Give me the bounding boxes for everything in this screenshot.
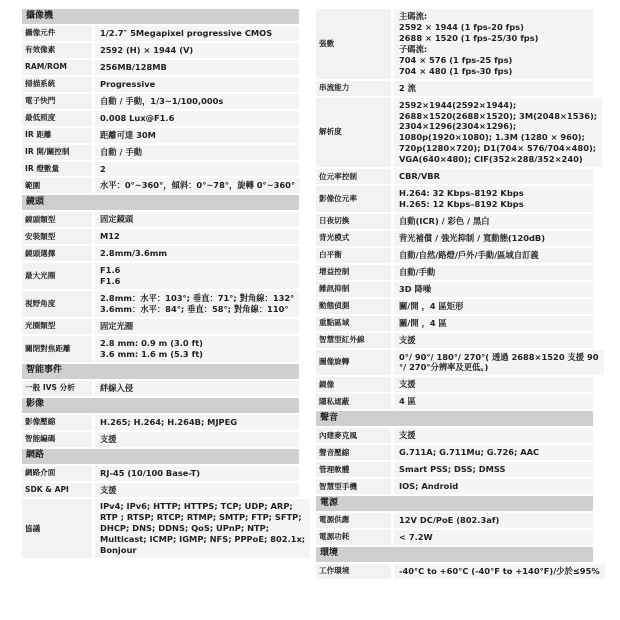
spec-value: 絆線入侵	[95, 381, 299, 396]
spec-value: IPv4; IPv6; HTTP; HTTPS; TCP; UDP; ARP;R…	[95, 499, 310, 558]
spec-value-line: F1.6	[100, 276, 294, 287]
spec-label: 關閉對焦距離	[22, 336, 92, 362]
spec-value-line: 絆線入侵	[100, 383, 294, 394]
spec-row: 鏡頭類型固定鏡頭	[22, 212, 299, 227]
spec-value-line: 關/開 ，4 區	[399, 318, 588, 329]
spec-value: 0.008 Lux@F1.6	[95, 111, 299, 126]
spec-row: 串流能力2 流	[316, 81, 593, 96]
spec-label: 電源供應	[316, 513, 391, 528]
spec-row: 電源功耗< 7.2W	[316, 530, 593, 545]
spec-value: 2592 (H) × 1944 (V)	[95, 43, 299, 58]
spec-label: 視野角度	[22, 291, 92, 317]
spec-value: 2.8mm/3.6mm	[95, 246, 299, 261]
spec-value-line: 720p(1280×720); D1(704× 576/704×480);	[399, 143, 597, 154]
spec-value: 自動 / 手動，1/3~1/100,000s	[95, 94, 299, 109]
spec-value-line: 704 × 576 (1 fps-25 fps)	[399, 55, 588, 66]
spec-value: 2	[95, 162, 299, 177]
spec-value-line: 背光補償 / 強光抑制 / 寬動態(120dB)	[399, 233, 588, 244]
spec-label: 雜訊抑制	[316, 282, 391, 297]
spec-row: 鏡頭選擇2.8mm/3.6mm	[22, 246, 299, 261]
spec-value-line: 自動 / 手動	[100, 147, 294, 158]
spec-value-line: 2.8mm：水平：103°; 垂直：71°; 對角線：132°	[100, 293, 294, 304]
spec-value: H.265; H.264; H.264B; MJPEG	[95, 415, 299, 430]
section-header: 鏡頭	[22, 195, 299, 210]
spec-value-line: Multicast; ICMP; IGMP; NFS; PPPoE; 802.1…	[100, 534, 305, 545]
spec-row: 協議IPv4; IPv6; HTTP; HTTPS; TCP; UDP; ARP…	[22, 499, 299, 558]
spec-value: 2 流	[394, 81, 593, 96]
spec-value: 距離可達 30M	[95, 128, 299, 143]
spec-label: 日夜切換	[316, 214, 391, 229]
spec-value-line: CBR/VBR	[399, 171, 588, 182]
spec-value: 自動/自然/路燈/戶外/手動/區域自訂義	[394, 248, 593, 263]
spec-label: 最低照度	[22, 111, 92, 126]
spec-label: 協議	[22, 499, 92, 558]
spec-value-line: M12	[100, 231, 294, 242]
section-header: 攝像機	[22, 9, 299, 24]
spec-value-line: 2 流	[399, 83, 588, 94]
spec-value-line: 0.008 Lux@F1.6	[100, 113, 294, 124]
spec-row: 安裝類型M12	[22, 229, 299, 244]
spec-value: 主碼流:2592 × 1944 (1 fps-20 fps)2688 × 152…	[394, 9, 593, 79]
spec-label: 安裝類型	[22, 229, 92, 244]
spec-value: 4 區	[394, 394, 593, 409]
spec-label: 背光模式	[316, 231, 391, 246]
spec-value: 3D 降噪	[394, 282, 593, 297]
spec-value: 關/開 ，4 區	[394, 316, 593, 331]
spec-value-line: RTP ; RTSP; RTCP; RTMP; SMTP; FTP; SFTP;	[100, 512, 305, 523]
spec-value: 自動 / 手動	[95, 145, 299, 160]
spec-value-line: Smart PSS; DSS; DMSS	[399, 464, 588, 475]
spec-row: 電子快門自動 / 手動，1/3~1/100,000s	[22, 94, 299, 109]
spec-value: 1/2.7″ 5Megapixel progressive CMOS	[95, 26, 299, 41]
spec-label: 智能編碼	[22, 432, 92, 447]
spec-value-line: 關/開 ，4 區矩形	[399, 301, 588, 312]
spec-value: 支援	[394, 428, 593, 443]
spec-label: 內建麥克風	[316, 428, 391, 443]
spec-row: 攝像元件1/2.7″ 5Megapixel progressive CMOS	[22, 26, 299, 41]
spec-row: 最低照度0.008 Lux@F1.6	[22, 111, 299, 126]
spec-row: 影像壓縮H.265; H.264; H.264B; MJPEG	[22, 415, 299, 430]
spec-label: 張數	[316, 9, 391, 79]
spec-label: 範圍	[22, 178, 92, 193]
spec-value: G.711A; G.711Mu; G.726; AAC	[394, 445, 593, 460]
spec-label: 網路介面	[22, 466, 92, 481]
spec-row: 內建麥克風支援	[316, 428, 593, 443]
spec-row: 範圍水平：0°~360°，傾斜：0°~78°，旋轉 0°~360°	[22, 178, 299, 193]
spec-value-line: -40°C to +60°C (-40°F to +140°F)/少於≤95%	[399, 566, 600, 577]
spec-label: IR 開/關控制	[22, 145, 92, 160]
spec-label: 管理軟體	[316, 462, 391, 477]
spec-row: 增益控制自動/手動	[316, 265, 593, 280]
spec-row: IR 燈數量2	[22, 162, 299, 177]
spec-row: 隱私遮蔽4 區	[316, 394, 593, 409]
spec-value: RJ-45 (10/100 Base-T)	[95, 466, 299, 481]
spec-value-line: 2592×1944(2592×1944);	[399, 100, 597, 111]
section-header: 網路	[22, 449, 299, 464]
spec-row: 有效像素2592 (H) × 1944 (V)	[22, 43, 299, 58]
spec-value-line: 自動 / 手動，1/3~1/100,000s	[100, 96, 294, 107]
spec-label: 圖像旋轉	[316, 350, 391, 376]
spec-value: H.264: 32 Kbps–8192 KbpsH.265: 12 Kbps–8…	[394, 186, 593, 212]
spec-value-line: 704 × 480 (1 fps-30 fps)	[399, 66, 588, 77]
spec-value-line: 2.8 mm: 0.9 m (3.0 ft)	[100, 338, 294, 349]
spec-label: RAM/ROM	[22, 60, 92, 75]
spec-row: 位元率控制CBR/VBR	[316, 169, 593, 184]
spec-value-line: 自動(ICR) / 彩色 / 黑白	[399, 216, 588, 227]
section-header: 智能事件	[22, 364, 299, 379]
spec-label: 攝像元件	[22, 26, 92, 41]
spec-label: 工作環境	[316, 564, 391, 579]
spec-label: 聲音壓縮	[316, 445, 391, 460]
spec-value: 2592×1944(2592×1944);2688×1520(2688×1520…	[394, 98, 602, 168]
section-header: 環境	[316, 547, 593, 562]
spec-row: 光圈類型固定光圈	[22, 319, 299, 334]
spec-value-line: 2688 × 1520 (1 fps-25/30 fps)	[399, 33, 588, 44]
spec-value: 支援	[394, 377, 593, 392]
section-header: 聲音	[316, 411, 593, 426]
spec-row: 鏡像支援	[316, 377, 593, 392]
spec-value: Smart PSS; DSS; DMSS	[394, 462, 593, 477]
spec-value: -40°C to +60°C (-40°F to +140°F)/少於≤95%	[394, 564, 605, 579]
spec-row: 最大光圈F1.6F1.6	[22, 263, 299, 289]
spec-row: 圖像旋轉0°/ 90°/ 180°/ 270°( 透過 2688×1520 支援…	[316, 350, 593, 376]
spec-label: 鏡頭類型	[22, 212, 92, 227]
spec-value: 256MB/128MB	[95, 60, 299, 75]
spec-value-line: 2.8mm/3.6mm	[100, 248, 294, 259]
spec-row: 背光模式背光補償 / 強光抑制 / 寬動態(120dB)	[316, 231, 593, 246]
spec-label: 位元率控制	[316, 169, 391, 184]
spec-value: 0°/ 90°/ 180°/ 270°( 透過 2688×1520 支援 90°…	[394, 350, 604, 376]
spec-value: 支援	[95, 483, 299, 498]
spec-value-line: 256MB/128MB	[100, 62, 294, 73]
spec-value-line: °/ 270°分辨率及更低。)	[399, 362, 599, 373]
spec-label: 動態偵測	[316, 299, 391, 314]
spec-row: 電源供應12V DC/PoE (802.3af)	[316, 513, 593, 528]
spec-value-line: 2304×1296(2304×1296);	[399, 121, 597, 132]
spec-value: F1.6F1.6	[95, 263, 299, 289]
spec-label: IR 燈數量	[22, 162, 92, 177]
spec-label: 最大光圈	[22, 263, 92, 289]
spec-label: 有效像素	[22, 43, 92, 58]
spec-value: 水平：0°~360°，傾斜：0°~78°，旋轉 0°~360°	[95, 178, 300, 193]
spec-value-line: 主碼流:	[399, 11, 588, 22]
spec-label: 隱私遮蔽	[316, 394, 391, 409]
section-header: 電源	[316, 496, 593, 511]
spec-value: < 7.2W	[394, 530, 593, 545]
spec-value-line: 子碼流:	[399, 44, 588, 55]
spec-label: SDK & API	[22, 483, 92, 498]
spec-row: 動態偵測關/開 ，4 區矩形	[316, 299, 593, 314]
spec-value: 關/開 ，4 區矩形	[394, 299, 593, 314]
spec-row: 解析度2592×1944(2592×1944);2688×1520(2688×1…	[316, 98, 593, 168]
spec-row: 智慧型紅外線支援	[316, 333, 593, 348]
spec-label: 一般 IVS 分析	[22, 381, 92, 396]
spec-row: IR 距離距離可達 30M	[22, 128, 299, 143]
spec-row: 工作環境-40°C to +60°C (-40°F to +140°F)/少於≤…	[316, 564, 593, 579]
spec-label: 白平衡	[316, 248, 391, 263]
spec-value-line: 1/2.7″ 5Megapixel progressive CMOS	[100, 28, 294, 39]
spec-value: 支援	[95, 432, 299, 447]
spec-value: M12	[95, 229, 299, 244]
spec-label: 串流能力	[316, 81, 391, 96]
spec-value-line: G.711A; G.711Mu; G.726; AAC	[399, 447, 588, 458]
spec-value: 2.8 mm: 0.9 m (3.0 ft)3.6 mm: 1.6 m (5.3…	[95, 336, 299, 362]
spec-row: RAM/ROM256MB/128MB	[22, 60, 299, 75]
section-header: 影像	[22, 398, 299, 413]
spec-value-line: 水平：0°~360°，傾斜：0°~78°，旋轉 0°~360°	[100, 180, 295, 191]
spec-label: 掃描系統	[22, 77, 92, 92]
spec-label: 光圈類型	[22, 319, 92, 334]
spec-value-line: 距離可達 30M	[100, 130, 294, 141]
spec-value-line: 1080p(1920×1080); 1.3M (1280 × 960);	[399, 132, 597, 143]
spec-value-line: VGA(640×480); CIF(352×288/352×240)	[399, 154, 597, 165]
spec-row: 雜訊抑制3D 降噪	[316, 282, 593, 297]
spec-value-line: 支援	[100, 434, 294, 445]
spec-value: 背光補償 / 強光抑制 / 寬動態(120dB)	[394, 231, 593, 246]
spec-value-line: 固定鏡頭	[100, 214, 294, 225]
spec-label: 影像位元率	[316, 186, 391, 212]
spec-row: 掃描系統Progressive	[22, 77, 299, 92]
spec-row: 重點區域關/開 ，4 區	[316, 316, 593, 331]
spec-value: 12V DC/PoE (802.3af)	[394, 513, 593, 528]
spec-row: 視野角度2.8mm：水平：103°; 垂直：71°; 對角線：132°3.6mm…	[22, 291, 299, 317]
spec-value-line: H.264: 32 Kbps–8192 Kbps	[399, 188, 588, 199]
spec-value-line: 固定光圈	[100, 321, 294, 332]
spec-value: 支援	[394, 333, 593, 348]
spec-label: 解析度	[316, 98, 391, 168]
spec-value-line: H.265; H.264; H.264B; MJPEG	[100, 417, 294, 428]
spec-label: 鏡像	[316, 377, 391, 392]
spec-value-line: 自動/自然/路燈/戶外/手動/區域自訂義	[399, 250, 588, 261]
spec-row: IR 開/關控制自動 / 手動	[22, 145, 299, 160]
spec-row: 聲音壓縮G.711A; G.711Mu; G.726; AAC	[316, 445, 593, 460]
spec-row: 張數主碼流:2592 × 1944 (1 fps-20 fps)2688 × 1…	[316, 9, 593, 79]
spec-value: 固定光圈	[95, 319, 299, 334]
spec-value-line: 0°/ 90°/ 180°/ 270°( 透過 2688×1520 支援 90	[399, 352, 599, 363]
spec-value-line: H.265: 12 Kbps–8192 Kbps	[399, 199, 588, 210]
spec-row: 日夜切換自動(ICR) / 彩色 / 黑白	[316, 214, 593, 229]
spec-value-line: 支援	[399, 430, 588, 441]
spec-label: 重點區域	[316, 316, 391, 331]
spec-value-line: 支援	[399, 379, 588, 390]
spec-value: Progressive	[95, 77, 299, 92]
spec-value: 2.8mm：水平：103°; 垂直：71°; 對角線：132°3.6mm：水平：…	[95, 291, 299, 317]
spec-row: 管理軟體Smart PSS; DSS; DMSS	[316, 462, 593, 477]
spec-value: 自動(ICR) / 彩色 / 黑白	[394, 214, 593, 229]
spec-value-line: 支援	[100, 485, 294, 496]
spec-label: IR 距離	[22, 128, 92, 143]
spec-value-line: 2688×1520(2688×1520); 3M(2048×1536);	[399, 111, 597, 122]
spec-value: IOS; Android	[394, 479, 593, 494]
spec-value-line: 2592 × 1944 (1 fps-20 fps)	[399, 22, 588, 33]
spec-value-line: F1.6	[100, 265, 294, 276]
spec-value: CBR/VBR	[394, 169, 593, 184]
spec-value-line: 自動/手動	[399, 267, 588, 278]
spec-row: SDK & API支援	[22, 483, 299, 498]
spec-value-line: IPv4; IPv6; HTTP; HTTPS; TCP; UDP; ARP;	[100, 501, 305, 512]
right-spec-column: 張數主碼流:2592 × 1944 (1 fps-20 fps)2688 × 1…	[316, 9, 593, 581]
spec-value: 固定鏡頭	[95, 212, 299, 227]
spec-value-line: 支援	[399, 335, 588, 346]
spec-row: 白平衡自動/自然/路燈/戶外/手動/區域自訂義	[316, 248, 593, 263]
spec-label: 鏡頭選擇	[22, 246, 92, 261]
spec-row: 智慧型手機IOS; Android	[316, 479, 593, 494]
spec-value-line: IOS; Android	[399, 481, 588, 492]
spec-value-line: RJ-45 (10/100 Base-T)	[100, 468, 294, 479]
spec-row: 智能編碼支援	[22, 432, 299, 447]
spec-label: 智慧型手機	[316, 479, 391, 494]
spec-label: 智慧型紅外線	[316, 333, 391, 348]
spec-label: 電子快門	[22, 94, 92, 109]
spec-value-line: 3.6mm：水平：84°; 垂直：58°; 對角線：110°	[100, 304, 294, 315]
spec-value-line: 12V DC/PoE (802.3af)	[399, 515, 588, 526]
spec-label: 電源功耗	[316, 530, 391, 545]
spec-label: 影像壓縮	[22, 415, 92, 430]
spec-row: 網路介面RJ-45 (10/100 Base-T)	[22, 466, 299, 481]
spec-value-line: Bonjour	[100, 545, 305, 556]
spec-value: 自動/手動	[394, 265, 593, 280]
spec-row: 關閉對焦距離2.8 mm: 0.9 m (3.0 ft)3.6 mm: 1.6 …	[22, 336, 299, 362]
spec-value-line: 4 區	[399, 396, 588, 407]
spec-value-line: < 7.2W	[399, 532, 588, 543]
spec-value-line: 3.6 mm: 1.6 m (5.3 ft)	[100, 349, 294, 360]
spec-row: 一般 IVS 分析絆線入侵	[22, 381, 299, 396]
spec-value-line: 2592 (H) × 1944 (V)	[100, 45, 294, 56]
left-spec-column: 攝像機攝像元件1/2.7″ 5Megapixel progressive CMO…	[22, 9, 299, 560]
spec-value-line: 3D 降噪	[399, 284, 588, 295]
spec-row: 影像位元率H.264: 32 Kbps–8192 KbpsH.265: 12 K…	[316, 186, 593, 212]
spec-value-line: 2	[100, 164, 294, 175]
spec-value-line: DHCP; DNS; DDNS; QoS; UPnP; NTP;	[100, 523, 305, 534]
spec-value-line: Progressive	[100, 79, 294, 90]
spec-label: 增益控制	[316, 265, 391, 280]
